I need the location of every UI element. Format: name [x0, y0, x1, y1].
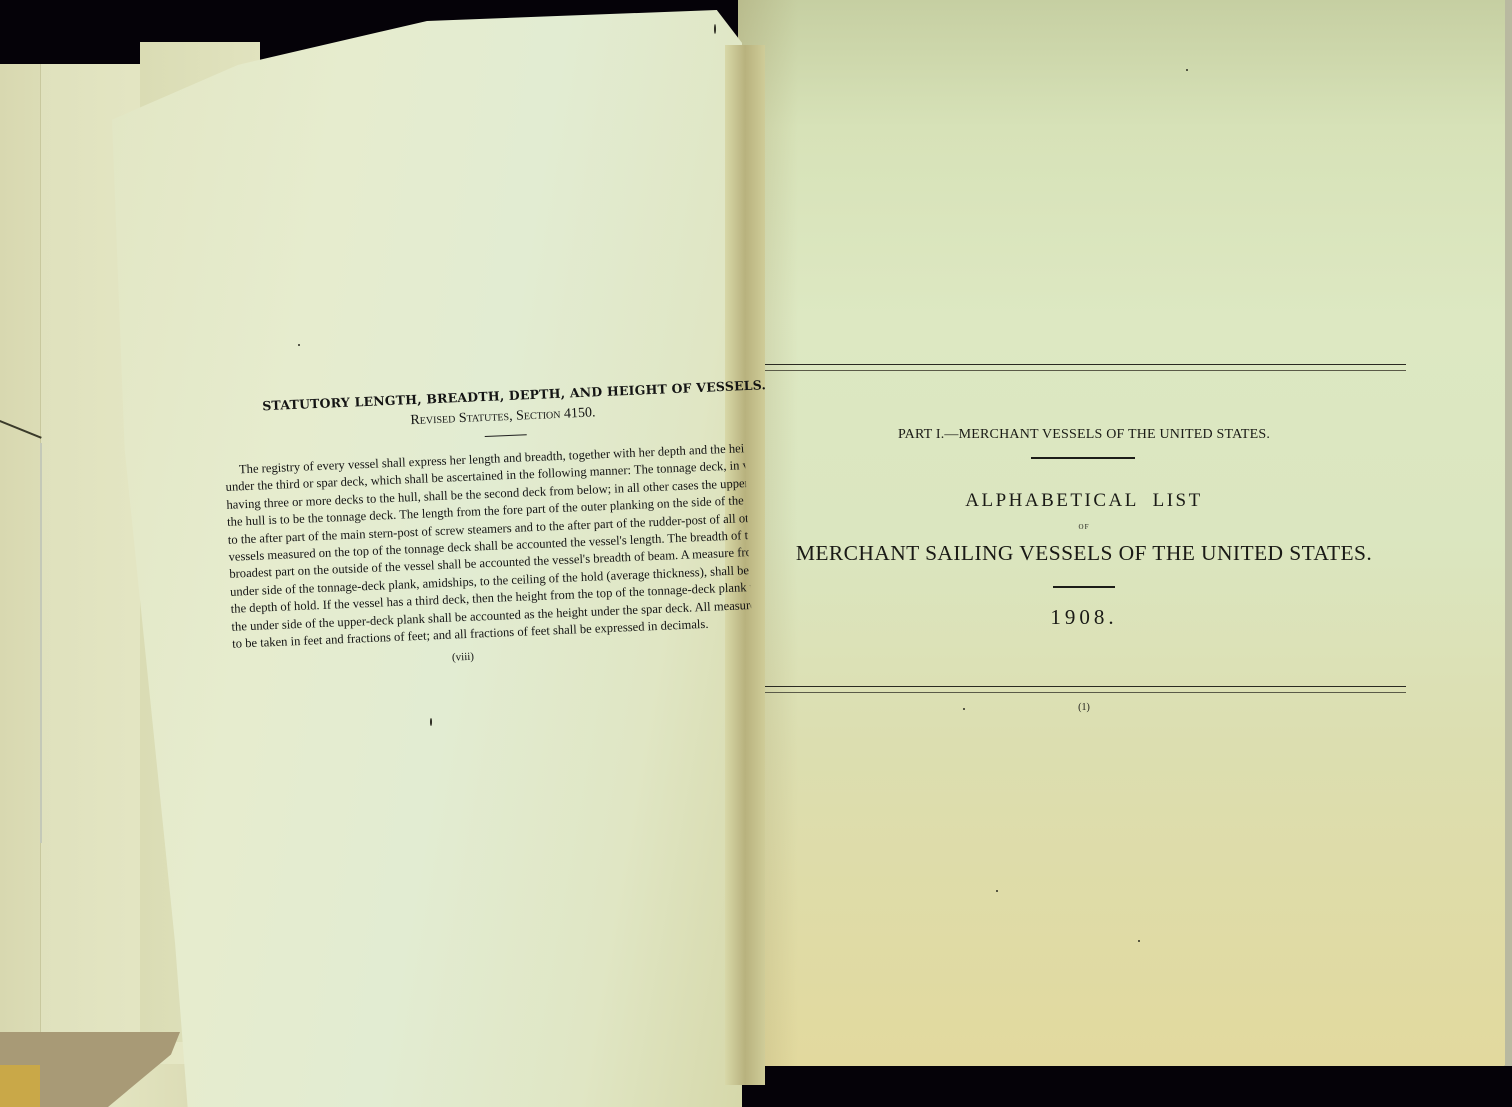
page-folio-right: (1) — [762, 702, 1406, 713]
year: 1908. — [762, 605, 1406, 630]
book-spread-photo: PART I.—MERCHANT VESSELS OF THE UNITED S… — [0, 0, 1512, 1107]
top-double-rule — [762, 364, 1406, 371]
binding-label — [0, 1065, 40, 1107]
bottom-double-rule — [762, 686, 1406, 693]
divider-rule — [485, 434, 527, 437]
background-bottom — [742, 1066, 1512, 1107]
divider-rule — [1053, 586, 1115, 588]
part-heading: PART I.—MERCHANT VESSELS OF THE UNITED S… — [762, 427, 1406, 443]
statute-block: STATUTORY LENGTH, BREADTH, DEPTH, AND HE… — [222, 378, 753, 673]
paper-speck — [1186, 69, 1188, 71]
paper-speck — [1138, 940, 1140, 942]
right-page — [738, 0, 1508, 1066]
main-title: MERCHANT SAILING VESSELS OF THE UNITED S… — [762, 541, 1406, 566]
page-edge-line — [40, 443, 42, 843]
of-word: OF — [762, 523, 1406, 531]
list-title: ALPHABETICAL LIST — [762, 490, 1406, 512]
paper-speck — [963, 708, 965, 710]
statute-paragraph: The registry of every vessel shall expre… — [225, 440, 753, 653]
paper-speck — [430, 718, 432, 726]
paper-speck — [714, 24, 716, 34]
paper-speck — [298, 344, 300, 346]
paper-speck — [996, 890, 998, 892]
right-page-edge — [1505, 0, 1512, 1066]
divider-rule — [1031, 457, 1135, 459]
